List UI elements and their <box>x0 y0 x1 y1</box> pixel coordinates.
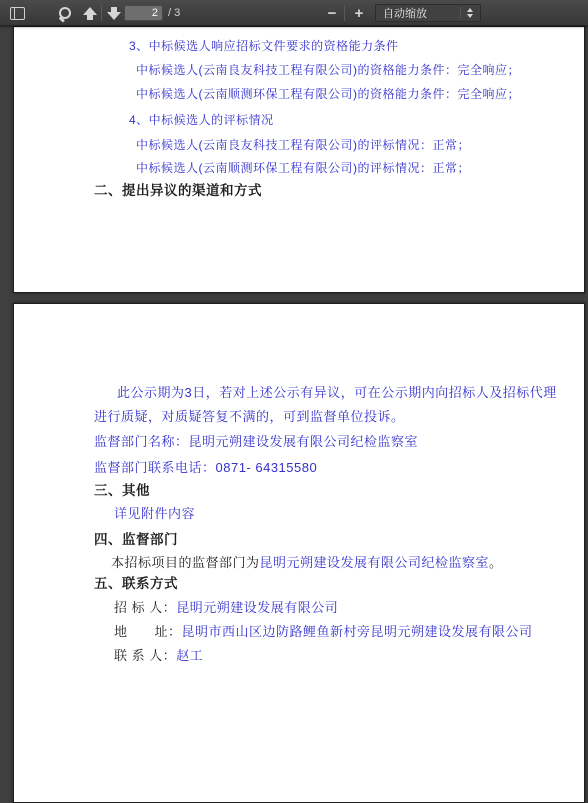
text-segment: 此公示期为3日，若对上述公示有异议，可在公示期内向招标人及招标代理 <box>117 385 557 400</box>
doc-line: 五、联系方式 <box>94 576 178 592</box>
pdf-page: 此公示期为3日，若对上述公示有异议，可在公示期内向招标人及招标代理进行质疑，对质… <box>13 303 585 671</box>
doc-line: 此公示期为3日，若对上述公示有异议，可在公示期内向招标人及招标代理 <box>117 385 557 401</box>
doc-line: 四、监督部门 <box>94 532 178 548</box>
text-segment: 中标候选人(云南良友科技工程有限公司)的资格能力条件：完全响应； <box>136 63 520 77</box>
doc-line: 招 标 人：昆明元朔建设发展有限公司 <box>114 600 338 616</box>
text-segment: 监督部门名称：昆明元朔建设发展有限公司纪检监察室 <box>94 434 418 449</box>
text-segment: 4、中标候选人的评标情况 <box>129 113 274 127</box>
sidebar-toggle-button[interactable] <box>7 3 27 23</box>
text-segment: 中标候选人(云南顺测环保工程有限公司)的资格能力条件：完全响应； <box>136 87 520 101</box>
page-count-label: / 3 <box>168 7 180 19</box>
chevron-updown-icon <box>467 8 473 18</box>
text-segment: 昆明市西山区边防路鲤鱼新村旁昆明元朔建设发展有限公司 <box>182 624 533 639</box>
doc-line: 监督部门名称：昆明元朔建设发展有限公司纪检监察室 <box>94 434 418 450</box>
doc-line: 中标候选人(云南良友科技工程有限公司)的资格能力条件：完全响应； <box>136 63 520 77</box>
sidebar-toggle-icon <box>10 7 25 20</box>
pdf-toolbar: / 3 − + 自动缩放 <box>0 0 588 26</box>
text-segment: 地 址： <box>114 624 182 639</box>
select-divider <box>460 7 461 19</box>
text-segment: 中标候选人(云南顺测环保工程有限公司)的评标情况：正常； <box>136 161 470 175</box>
doc-line: 中标候选人(云南良友科技工程有限公司)的评标情况：正常； <box>136 138 470 152</box>
text-segment: 赵工 <box>176 648 203 663</box>
doc-line: 二、提出异议的渠道和方式 <box>94 183 262 199</box>
doc-line: 中标候选人(云南顺测环保工程有限公司)的资格能力条件：完全响应； <box>136 87 520 101</box>
text-segment: 中标候选人(云南良友科技工程有限公司)的评标情况：正常； <box>136 138 470 152</box>
text-segment: 进行质疑，对质疑答复不满的，可到监督单位投诉。 <box>94 409 405 424</box>
arrow-down-icon <box>107 6 121 21</box>
find-button[interactable] <box>55 3 75 23</box>
text-segment: 3、中标候选人响应招标文件要求的资格能力条件 <box>129 39 399 53</box>
toolbar-separator <box>344 5 345 21</box>
page-number-input[interactable] <box>124 5 163 21</box>
doc-line: 三、其他 <box>94 483 150 499</box>
zoom-out-button[interactable]: − <box>322 3 342 23</box>
text-segment: 招 标 人： <box>114 600 176 615</box>
doc-line: 中标候选人(云南顺测环保工程有限公司)的评标情况：正常； <box>136 161 470 175</box>
zoom-level-label: 自动缩放 <box>376 5 460 21</box>
text-segment: 。 <box>489 555 503 570</box>
doc-line: 本招标项目的监督部门为昆明元朔建设发展有限公司纪检监察室。 <box>111 555 503 571</box>
text-segment: 昆明元朔建设发展有限公司 <box>176 600 338 615</box>
text-segment: 三、其他 <box>94 483 150 498</box>
text-segment: 联 系 人： <box>114 648 176 663</box>
text-segment: 昆明元朔建设发展有限公司纪检监察室 <box>260 555 490 570</box>
doc-line: 详见附件内容 <box>114 506 195 522</box>
text-segment: 二、提出异议的渠道和方式 <box>94 183 262 198</box>
arrow-up-icon <box>83 6 97 21</box>
text-segment: 四、监督部门 <box>94 532 178 547</box>
doc-line: 联 系 人：赵工 <box>114 648 203 664</box>
doc-line: 进行质疑，对质疑答复不满的，可到监督单位投诉。 <box>94 409 405 425</box>
doc-line: 地 址：昆明市西山区边防路鲤鱼新村旁昆明元朔建设发展有限公司 <box>114 624 533 640</box>
doc-line: 4、中标候选人的评标情况 <box>129 113 274 127</box>
toolbar-separator <box>101 5 102 21</box>
previous-page-button[interactable] <box>80 3 100 23</box>
text-segment: 本招标项目的监督部门为 <box>111 555 260 570</box>
pdf-page: 3、中标候选人响应招标文件要求的资格能力条件中标候选人(云南良友科技工程有限公司… <box>13 26 585 293</box>
text-segment: 五、联系方式 <box>94 576 178 591</box>
text-segment: 详见附件内容 <box>114 506 195 521</box>
search-icon <box>58 6 72 20</box>
text-segment: 监督部门联系电话：0871- 64315580 <box>94 460 317 475</box>
doc-line: 3、中标候选人响应招标文件要求的资格能力条件 <box>129 39 399 53</box>
zoom-level-select[interactable]: 自动缩放 <box>375 4 481 22</box>
zoom-in-button[interactable]: + <box>349 3 369 23</box>
next-page-button[interactable] <box>104 3 124 23</box>
doc-line: 监督部门联系电话：0871- 64315580 <box>94 460 317 476</box>
